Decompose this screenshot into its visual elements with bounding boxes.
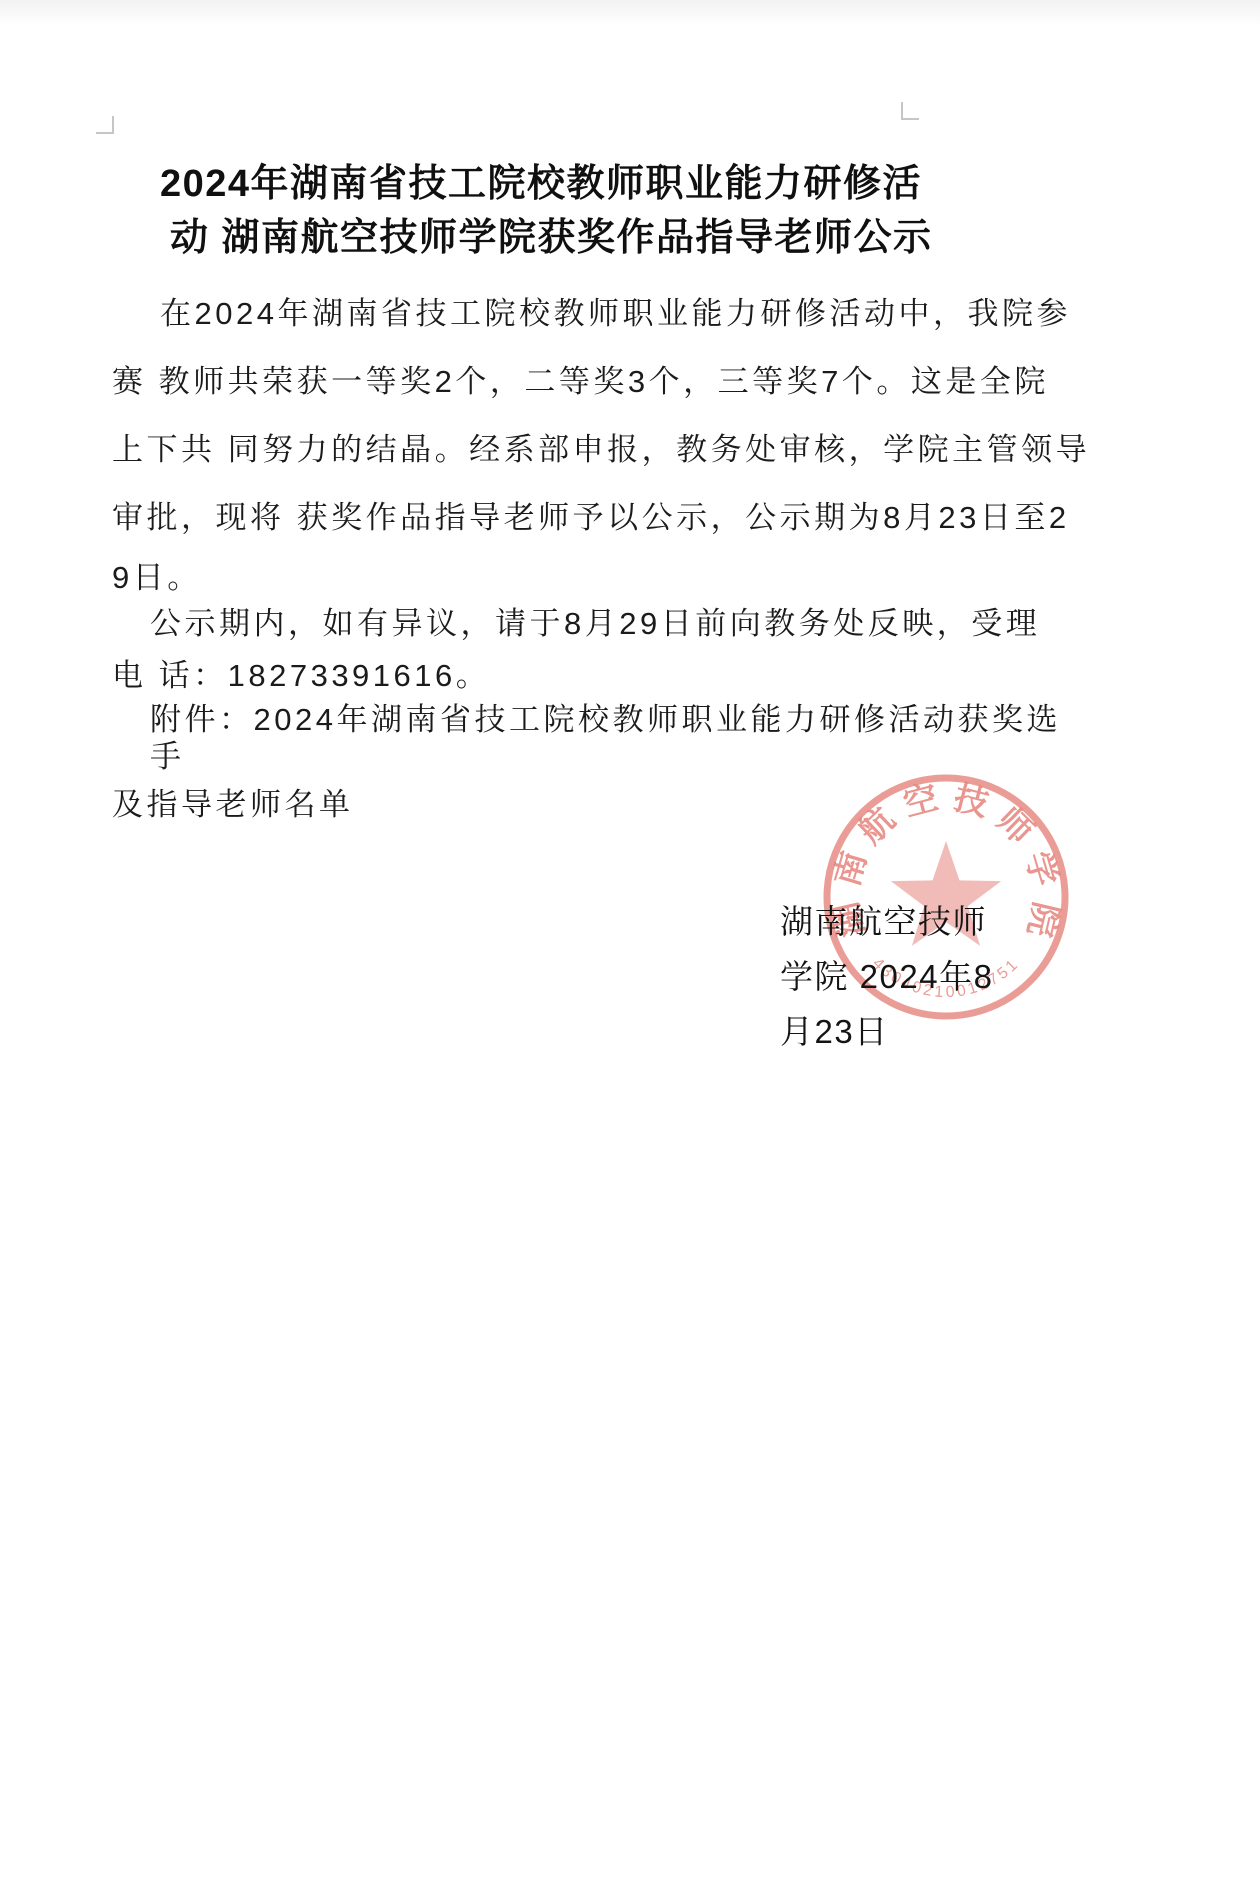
document-title-line-2: 动 湖南航空技师学院获奖作品指导老师公示	[170, 206, 933, 261]
document-page: 2024年湖南省技工院校教师职业能力研修活 动 湖南航空技师学院获奖作品指导老师…	[0, 0, 1260, 1889]
paragraph1-line-3: 上下共 同努力的结晶。经系部申报，教务处审核，学院主管领导	[112, 424, 1090, 469]
attachment-line-1: 附件：2024年湖南省技工院校教师职业能力研修活动获奖选	[150, 694, 1061, 739]
attachment-line-3: 及指导老师名单	[112, 779, 354, 824]
signature-line-3: 月23日	[780, 1006, 889, 1053]
signature-line-1: 湖南航空技师	[780, 896, 987, 943]
attachment-line-2: 手	[150, 731, 185, 776]
margin-corner-mark-right	[901, 102, 919, 120]
paragraph1-line-4: 审批，现将 获奖作品指导老师予以公示，公示期为8月23日至2	[112, 492, 1070, 537]
signature-line-2: 学院 2024年8	[780, 951, 993, 998]
paragraph1-line-2: 赛 教师共荣获一等奖2个，二等奖3个，三等奖7个。这是全院	[112, 356, 1049, 401]
paragraph1-line-1: 在2024年湖南省技工院校教师职业能力研修活动中，我院参	[160, 288, 1071, 333]
paragraph1-line-5: 9日。	[112, 552, 202, 597]
paragraph2-line-2: 电 话：18273391616。	[112, 650, 490, 695]
document-title-line-1: 2024年湖南省技工院校教师职业能力研修活	[160, 152, 922, 207]
paragraph2-line-1: 公示期内，如有异议，请于8月29日前向教务处反映，受理	[150, 598, 1040, 643]
scan-edge-shading	[0, 0, 1260, 26]
margin-corner-mark-left	[96, 116, 114, 134]
